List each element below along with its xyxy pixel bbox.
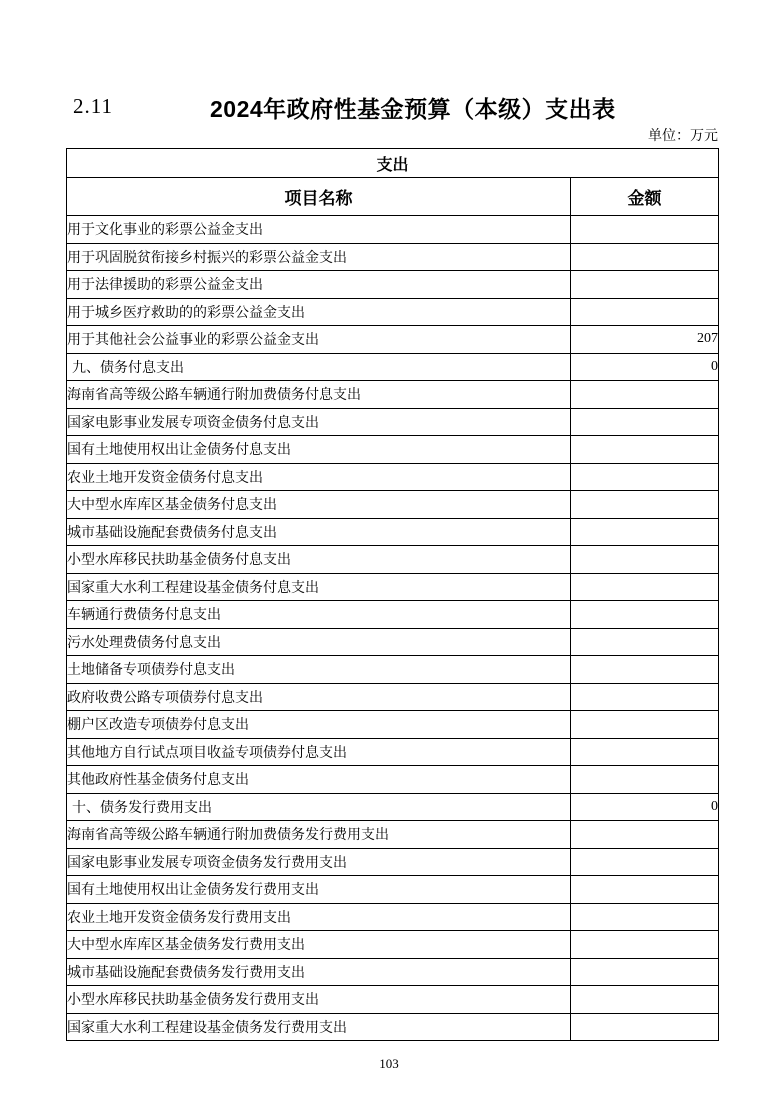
table-row: 小型水库移民扶助基金债务付息支出 (67, 546, 719, 574)
table-row: 国家电影事业发展专项资金债务付息支出 (67, 408, 719, 436)
item-name-cell: 污水处理费债务付息支出 (67, 628, 571, 656)
amount-cell (571, 1013, 719, 1041)
amount-cell (571, 903, 719, 931)
amount-cell (571, 986, 719, 1014)
table-column-header-row: 项目名称 金额 (67, 178, 719, 216)
table-row: 城市基础设施配套费债务付息支出 (67, 518, 719, 546)
section-number: 2.11 (73, 94, 113, 119)
amount-cell (571, 601, 719, 629)
table-body: 用于文化事业的彩票公益金支出 用于巩固脱贫衔接乡村振兴的彩票公益金支出 用于法律… (67, 216, 719, 1041)
table-row: 国家电影事业发展专项资金债务发行费用支出 (67, 848, 719, 876)
item-name-cell: 棚户区改造专项债券付息支出 (67, 711, 571, 739)
amount-cell (571, 656, 719, 684)
item-name-cell: 国家电影事业发展专项资金债务发行费用支出 (67, 848, 571, 876)
item-name-cell: 其他政府性基金债务付息支出 (67, 766, 571, 794)
item-name-cell: 国家重大水利工程建设基金债务付息支出 (67, 573, 571, 601)
item-name-cell: 城市基础设施配套费债务付息支出 (67, 518, 571, 546)
amount-cell (571, 381, 719, 409)
item-name-cell: 农业土地开发资金债务付息支出 (67, 463, 571, 491)
amount-cell (571, 408, 719, 436)
amount-cell (571, 821, 719, 849)
page-number: 103 (0, 1056, 778, 1072)
amount-cell (571, 766, 719, 794)
amount-cell (571, 628, 719, 656)
item-name-cell: 农业土地开发资金债务发行费用支出 (67, 903, 571, 931)
item-name-cell: 小型水库移民扶助基金债务付息支出 (67, 546, 571, 574)
item-name-cell: 其他地方自行试点项目收益专项债券付息支出 (67, 738, 571, 766)
table-row: 九、债务付息支出 0 (67, 353, 719, 381)
item-name-cell: 海南省高等级公路车辆通行附加费债务付息支出 (67, 381, 571, 409)
item-name-cell: 国有土地使用权出让金债务付息支出 (67, 436, 571, 464)
table-row: 用于法律援助的彩票公益金支出 (67, 271, 719, 299)
table-row: 土地储备专项债券付息支出 (67, 656, 719, 684)
table-row: 用于其他社会公益事业的彩票公益金支出 207 (67, 326, 719, 354)
table-row: 海南省高等级公路车辆通行附加费债务付息支出 (67, 381, 719, 409)
amount-cell (571, 848, 719, 876)
table-row: 国有土地使用权出让金债务发行费用支出 (67, 876, 719, 904)
table-row: 用于城乡医疗救助的的彩票公益金支出 (67, 298, 719, 326)
table-row: 大中型水库库区基金债务发行费用支出 (67, 931, 719, 959)
table-row: 小型水库移民扶助基金债务发行费用支出 (67, 986, 719, 1014)
amount-cell (571, 931, 719, 959)
table-row: 用于文化事业的彩票公益金支出 (67, 216, 719, 244)
table-row: 车辆通行费债务付息支出 (67, 601, 719, 629)
amount-cell (571, 958, 719, 986)
item-name-cell: 国有土地使用权出让金债务发行费用支出 (67, 876, 571, 904)
item-name-cell: 海南省高等级公路车辆通行附加费债务发行费用支出 (67, 821, 571, 849)
table-span-header-row: 支出 (67, 149, 719, 178)
table-row: 海南省高等级公路车辆通行附加费债务发行费用支出 (67, 821, 719, 849)
budget-table-container: 支出 项目名称 金额 用于文化事业的彩票公益金支出 用于巩固脱贫衔接乡村振兴的彩… (66, 148, 719, 1041)
amount-cell (571, 463, 719, 491)
item-name-cell: 国家重大水利工程建设基金债务发行费用支出 (67, 1013, 571, 1041)
table-row: 政府收费公路专项债券付息支出 (67, 683, 719, 711)
amount-cell (571, 573, 719, 601)
budget-table: 支出 项目名称 金额 用于文化事业的彩票公益金支出 用于巩固脱贫衔接乡村振兴的彩… (66, 148, 719, 1041)
item-name-cell: 政府收费公路专项债券付息支出 (67, 683, 571, 711)
amount-cell (571, 518, 719, 546)
item-name-cell: 十、债务发行费用支出 (67, 793, 571, 821)
item-name-cell: 大中型水库库区基金债务发行费用支出 (67, 931, 571, 959)
table-row: 国有土地使用权出让金债务付息支出 (67, 436, 719, 464)
column-header-item-name: 项目名称 (67, 178, 571, 216)
item-name-cell: 用于文化事业的彩票公益金支出 (67, 216, 571, 244)
item-name-cell: 土地储备专项债券付息支出 (67, 656, 571, 684)
amount-cell (571, 243, 719, 271)
page-title: 2024年政府性基金预算（本级）支出表 (210, 91, 616, 124)
table-row: 污水处理费债务付息支出 (67, 628, 719, 656)
amount-cell (571, 436, 719, 464)
amount-cell (571, 546, 719, 574)
table-row: 其他政府性基金债务付息支出 (67, 766, 719, 794)
amount-cell (571, 711, 719, 739)
item-name-cell: 城市基础设施配套费债务发行费用支出 (67, 958, 571, 986)
amount-cell (571, 876, 719, 904)
table-row: 十、债务发行费用支出 0 (67, 793, 719, 821)
amount-cell (571, 271, 719, 299)
table-row: 国家重大水利工程建设基金债务付息支出 (67, 573, 719, 601)
item-name-cell: 用于城乡医疗救助的的彩票公益金支出 (67, 298, 571, 326)
item-name-cell: 用于巩固脱贫衔接乡村振兴的彩票公益金支出 (67, 243, 571, 271)
amount-cell (571, 738, 719, 766)
item-name-cell: 国家电影事业发展专项资金债务付息支出 (67, 408, 571, 436)
item-name-cell: 大中型水库库区基金债务付息支出 (67, 491, 571, 519)
item-name-cell: 用于法律援助的彩票公益金支出 (67, 271, 571, 299)
table-row: 城市基础设施配套费债务发行费用支出 (67, 958, 719, 986)
amount-cell (571, 298, 719, 326)
table-row: 用于巩固脱贫衔接乡村振兴的彩票公益金支出 (67, 243, 719, 271)
table-row: 国家重大水利工程建设基金债务发行费用支出 (67, 1013, 719, 1041)
item-name-cell: 车辆通行费债务付息支出 (67, 601, 571, 629)
table-row: 大中型水库库区基金债务付息支出 (67, 491, 719, 519)
item-name-cell: 九、债务付息支出 (67, 353, 571, 381)
table-row: 棚户区改造专项债券付息支出 (67, 711, 719, 739)
amount-cell (571, 491, 719, 519)
table-row: 农业土地开发资金债务付息支出 (67, 463, 719, 491)
amount-cell: 0 (571, 353, 719, 381)
table-header-expenditure: 支出 (67, 149, 719, 178)
item-name-cell: 小型水库移民扶助基金债务发行费用支出 (67, 986, 571, 1014)
amount-cell (571, 216, 719, 244)
column-header-amount: 金额 (571, 178, 719, 216)
amount-cell: 207 (571, 326, 719, 354)
table-row: 农业土地开发资金债务发行费用支出 (67, 903, 719, 931)
amount-cell (571, 683, 719, 711)
table-row: 其他地方自行试点项目收益专项债券付息支出 (67, 738, 719, 766)
unit-label: 单位：万元 (648, 125, 718, 145)
amount-cell: 0 (571, 793, 719, 821)
item-name-cell: 用于其他社会公益事业的彩票公益金支出 (67, 326, 571, 354)
